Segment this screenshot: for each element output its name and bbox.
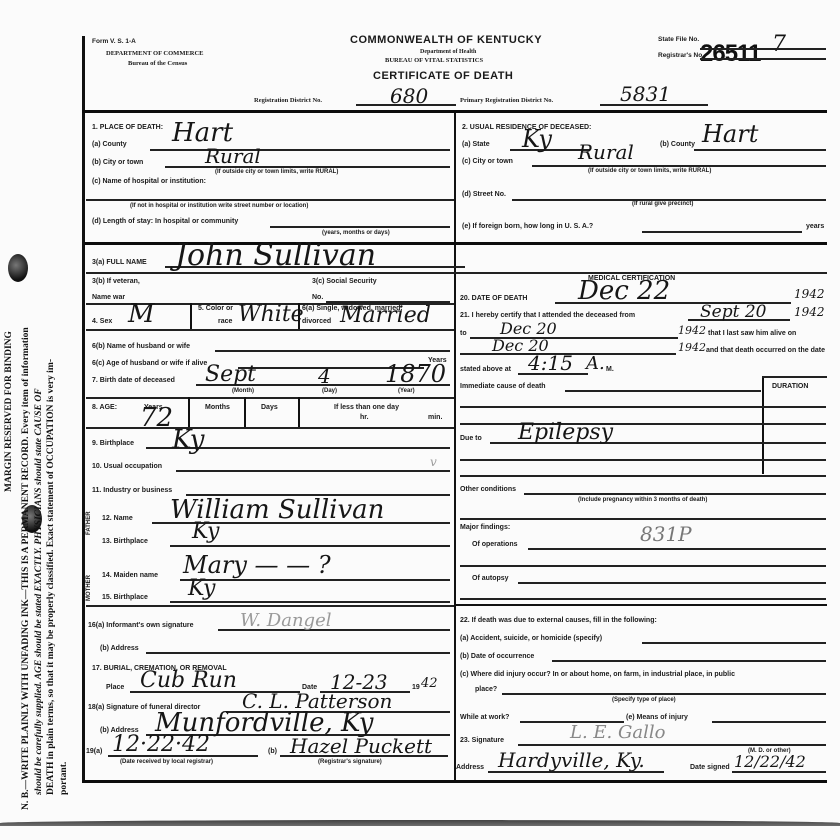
margin-note-line4: portant. bbox=[58, 762, 69, 795]
war-label: Name war bbox=[92, 294, 125, 301]
birth-month: Sept bbox=[205, 362, 256, 387]
birthplace-label: 9. Birthplace bbox=[92, 440, 134, 447]
last-saw-year: 1942 bbox=[678, 341, 706, 354]
age-label: 8. AGE: bbox=[92, 404, 117, 411]
informant-sig-value: W. Dangel bbox=[240, 610, 332, 631]
birthplace-value: Ky bbox=[172, 425, 204, 455]
res-county-label: (b) County bbox=[660, 141, 695, 148]
reg-district-label: Registration District No. bbox=[254, 97, 322, 104]
external-b-label: (b) Date of occurrence bbox=[460, 653, 534, 660]
informant-address-label: (b) Address bbox=[100, 645, 139, 652]
res-city-value: Rural bbox=[578, 140, 634, 164]
month-hint: (Month) bbox=[232, 388, 254, 394]
pod-stay-hint: (years, months or days) bbox=[322, 230, 390, 236]
mother-name-value: Mary — — ? bbox=[183, 551, 331, 579]
margin-reserved-text: MARGIN RESERVED FOR BINDING bbox=[4, 331, 14, 492]
reg-district-value: 680 bbox=[390, 84, 428, 108]
burial-year-value: 42 bbox=[421, 676, 438, 691]
full-name-value: John Sullivan bbox=[175, 238, 376, 273]
burial-year-prefix: 19 bbox=[412, 684, 420, 691]
res-county-value: Hart bbox=[702, 120, 758, 148]
pod-hospital-label: (c) Name of hospital or institution: bbox=[92, 178, 206, 185]
occupation-check: v bbox=[430, 455, 437, 469]
full-name-label: 3(a) FULL NAME bbox=[92, 259, 147, 266]
while-at-work-label: While at work? bbox=[460, 714, 509, 721]
res-street-hint: (If rural give precinct) bbox=[632, 201, 693, 207]
last-saw-label: that I last saw him alive on bbox=[708, 330, 796, 337]
birth-day: 4 bbox=[318, 364, 331, 388]
mother-birth-value: Ky bbox=[188, 576, 215, 601]
footer-rule bbox=[82, 780, 827, 783]
duration-label: DURATION bbox=[772, 383, 808, 390]
binding-hole-top bbox=[8, 254, 28, 282]
major-findings-label: Major findings: bbox=[460, 524, 510, 531]
death-ampm: A. bbox=[586, 353, 605, 374]
margin-note-line1: N. B.—WRITE PLAINLY WITH UNFADING INK—TH… bbox=[20, 327, 31, 810]
external-c-label2: place? bbox=[475, 686, 497, 693]
father-name-label: 12. Name bbox=[102, 515, 133, 522]
margin-note-line3: DEATH in plain terms, so that it may be … bbox=[45, 359, 56, 795]
immediate-cause-label: Immediate cause of death bbox=[460, 383, 546, 390]
external-c-hint: (Specify type of place) bbox=[612, 697, 676, 703]
hr-label: hr. bbox=[360, 414, 369, 421]
race-label: race bbox=[218, 318, 232, 325]
frame-left bbox=[82, 36, 85, 782]
certifier-sig-label: 23. Signature bbox=[460, 737, 504, 744]
ssn-no-label: No. bbox=[312, 294, 323, 301]
bureau-vital: BUREAU OF VITAL STATISTICS bbox=[385, 57, 483, 64]
attended-from-year: 1942 bbox=[794, 305, 825, 319]
ssn-label: 3(c) Social Security bbox=[312, 278, 377, 285]
m-label: M. bbox=[606, 366, 614, 373]
received-hint: (Date received by local registrar) bbox=[120, 759, 213, 765]
form-number: Form V. S. 1-A bbox=[92, 38, 136, 45]
external-a-label: (a) Accident, suicide, or homicide (spec… bbox=[460, 635, 602, 642]
date-signed-value: 12/22/42 bbox=[734, 752, 806, 771]
death-year: 1942 bbox=[794, 287, 825, 301]
res-city-hint: (If outside city or town limits, write R… bbox=[588, 168, 711, 174]
death-time: 4:15 bbox=[528, 351, 573, 375]
certifier-signature: L. E. Gallo bbox=[570, 722, 665, 743]
sex-label: 4. Sex bbox=[92, 318, 112, 325]
informant-sig-label: 16(a) Informant's own signature bbox=[88, 622, 194, 629]
margin-note-line2: should be carefully supplied. AGE should… bbox=[33, 388, 44, 795]
certifier-address-value: Hardyville, Ky. bbox=[498, 748, 645, 772]
birth-date-label: 7. Birth date of deceased bbox=[92, 377, 175, 384]
stated-label: stated above at bbox=[460, 366, 511, 373]
industry-label: 11. Industry or business bbox=[92, 487, 172, 494]
veteran-label: 3(b) If veteran, bbox=[92, 278, 140, 285]
spouse-age-label: 6(c) Age of husband or wife if alive bbox=[92, 360, 207, 367]
sex-value: M bbox=[128, 299, 155, 329]
pod-county-label: (a) County bbox=[92, 141, 127, 148]
state-file-overwrite: 7 bbox=[772, 32, 786, 57]
color-label: 5. Color or bbox=[198, 305, 233, 312]
marital-value: Married bbox=[340, 303, 431, 328]
due-to-value: Epilepsy bbox=[518, 420, 613, 445]
res-state-label: (a) State bbox=[462, 141, 490, 148]
to-label: to bbox=[460, 330, 467, 337]
other-conditions-hint: (Include pregnancy within 3 months of de… bbox=[578, 497, 707, 503]
certifier-address-label: Address bbox=[456, 764, 484, 771]
primary-district-value: 5831 bbox=[620, 82, 671, 106]
min-label: min. bbox=[428, 414, 442, 421]
center-divider bbox=[454, 110, 456, 782]
attended-label: 21. I hereby certify that I attended the… bbox=[460, 312, 635, 319]
state-file-label: State File No. bbox=[658, 36, 699, 43]
mother-birth-label: 15. Birthplace bbox=[102, 594, 148, 601]
commonwealth-title: COMMONWEALTH OF KENTUCKY bbox=[350, 34, 542, 46]
death-date-value: Dec 22 bbox=[578, 276, 670, 306]
pod-city-label: (b) City or town bbox=[92, 159, 143, 166]
external-c-label: (c) Where did injury occur? In or about … bbox=[460, 671, 735, 678]
attended-from: Sept 20 bbox=[700, 302, 766, 322]
res-city-label: (c) City or town bbox=[462, 158, 513, 165]
occupation-label: 10. Usual occupation bbox=[92, 463, 162, 470]
attended-to-year: 1942 bbox=[678, 324, 706, 337]
registrar-by-label: (b) bbox=[268, 748, 277, 755]
other-conditions-label: Other conditions bbox=[460, 486, 516, 493]
bureau-census: Bureau of the Census bbox=[128, 60, 187, 67]
res-state-value: Ky bbox=[522, 125, 552, 153]
mother-side-label: MOTHER bbox=[86, 575, 92, 601]
due-to-label: Due to bbox=[460, 435, 482, 442]
date-signed-label: Date signed bbox=[690, 764, 730, 771]
res-foreign-unit: years bbox=[806, 223, 824, 230]
res-foreign-label: (e) If foreign born, how long in U. S. A… bbox=[462, 223, 593, 230]
certificate-title: CERTIFICATE OF DEATH bbox=[373, 70, 513, 82]
page-edge-shadow bbox=[0, 820, 840, 826]
less-day-label: If less than one day bbox=[334, 404, 399, 411]
received-label: 19(a) bbox=[86, 748, 102, 755]
pod-hospital-hint: (If not in hospital or institution write… bbox=[130, 203, 308, 209]
mother-name-label: 14. Maiden name bbox=[102, 572, 158, 579]
autopsy-label: Of autopsy bbox=[472, 575, 509, 582]
days-label: Days bbox=[261, 404, 278, 411]
means-injury-label: (e) Means of injury bbox=[626, 714, 688, 721]
received-date: 12·22·42 bbox=[112, 732, 210, 757]
pod-city-value: Rural bbox=[205, 144, 261, 168]
registrar-no-label: Registrar's No. bbox=[658, 52, 704, 59]
dept-health: Department of Health bbox=[420, 49, 476, 55]
death-date-label: 20. DATE OF DEATH bbox=[460, 295, 527, 302]
father-birth-label: 13. Birthplace bbox=[102, 538, 148, 545]
code-value: 831P bbox=[640, 522, 692, 546]
external-heading: 22. If death was due to external causes,… bbox=[460, 617, 657, 624]
pod-city-hint: (If outside city or town limits, write R… bbox=[215, 169, 338, 175]
year-hint: (Year) bbox=[398, 388, 415, 394]
registrar-signature: Hazel Puckett bbox=[290, 734, 432, 758]
burial-place-label: Place bbox=[106, 684, 124, 691]
burial-place-value: Cub Run bbox=[140, 668, 237, 693]
color-value: White bbox=[238, 302, 304, 327]
divorced-label: divorced bbox=[302, 318, 331, 325]
operations-label: Of operations bbox=[472, 541, 518, 548]
father-side-label: FATHER bbox=[86, 511, 92, 535]
dept-commerce: DEPARTMENT OF COMMERCE bbox=[106, 50, 204, 57]
death-occurred-label: and that death occurred on the date bbox=[706, 347, 825, 354]
day-hint: (Day) bbox=[322, 388, 337, 394]
age-years: 72 bbox=[140, 403, 173, 433]
header-rule bbox=[82, 110, 827, 113]
place-death-heading: 1. PLACE OF DEATH: bbox=[92, 124, 163, 131]
months-label: Months bbox=[205, 404, 230, 411]
father-birth-value: Ky bbox=[192, 519, 219, 544]
res-street-label: (d) Street No. bbox=[462, 191, 506, 198]
state-file-number: 26511 bbox=[700, 40, 760, 68]
spouse-label: 6(b) Name of husband or wife bbox=[92, 343, 190, 350]
registrar-hint: (Registrar's signature) bbox=[318, 759, 382, 765]
birth-year: 1870 bbox=[385, 360, 446, 388]
pod-stay-label: (d) Length of stay: In hospital or commu… bbox=[92, 218, 238, 225]
primary-district-label: Primary Registration District No. bbox=[460, 97, 553, 104]
